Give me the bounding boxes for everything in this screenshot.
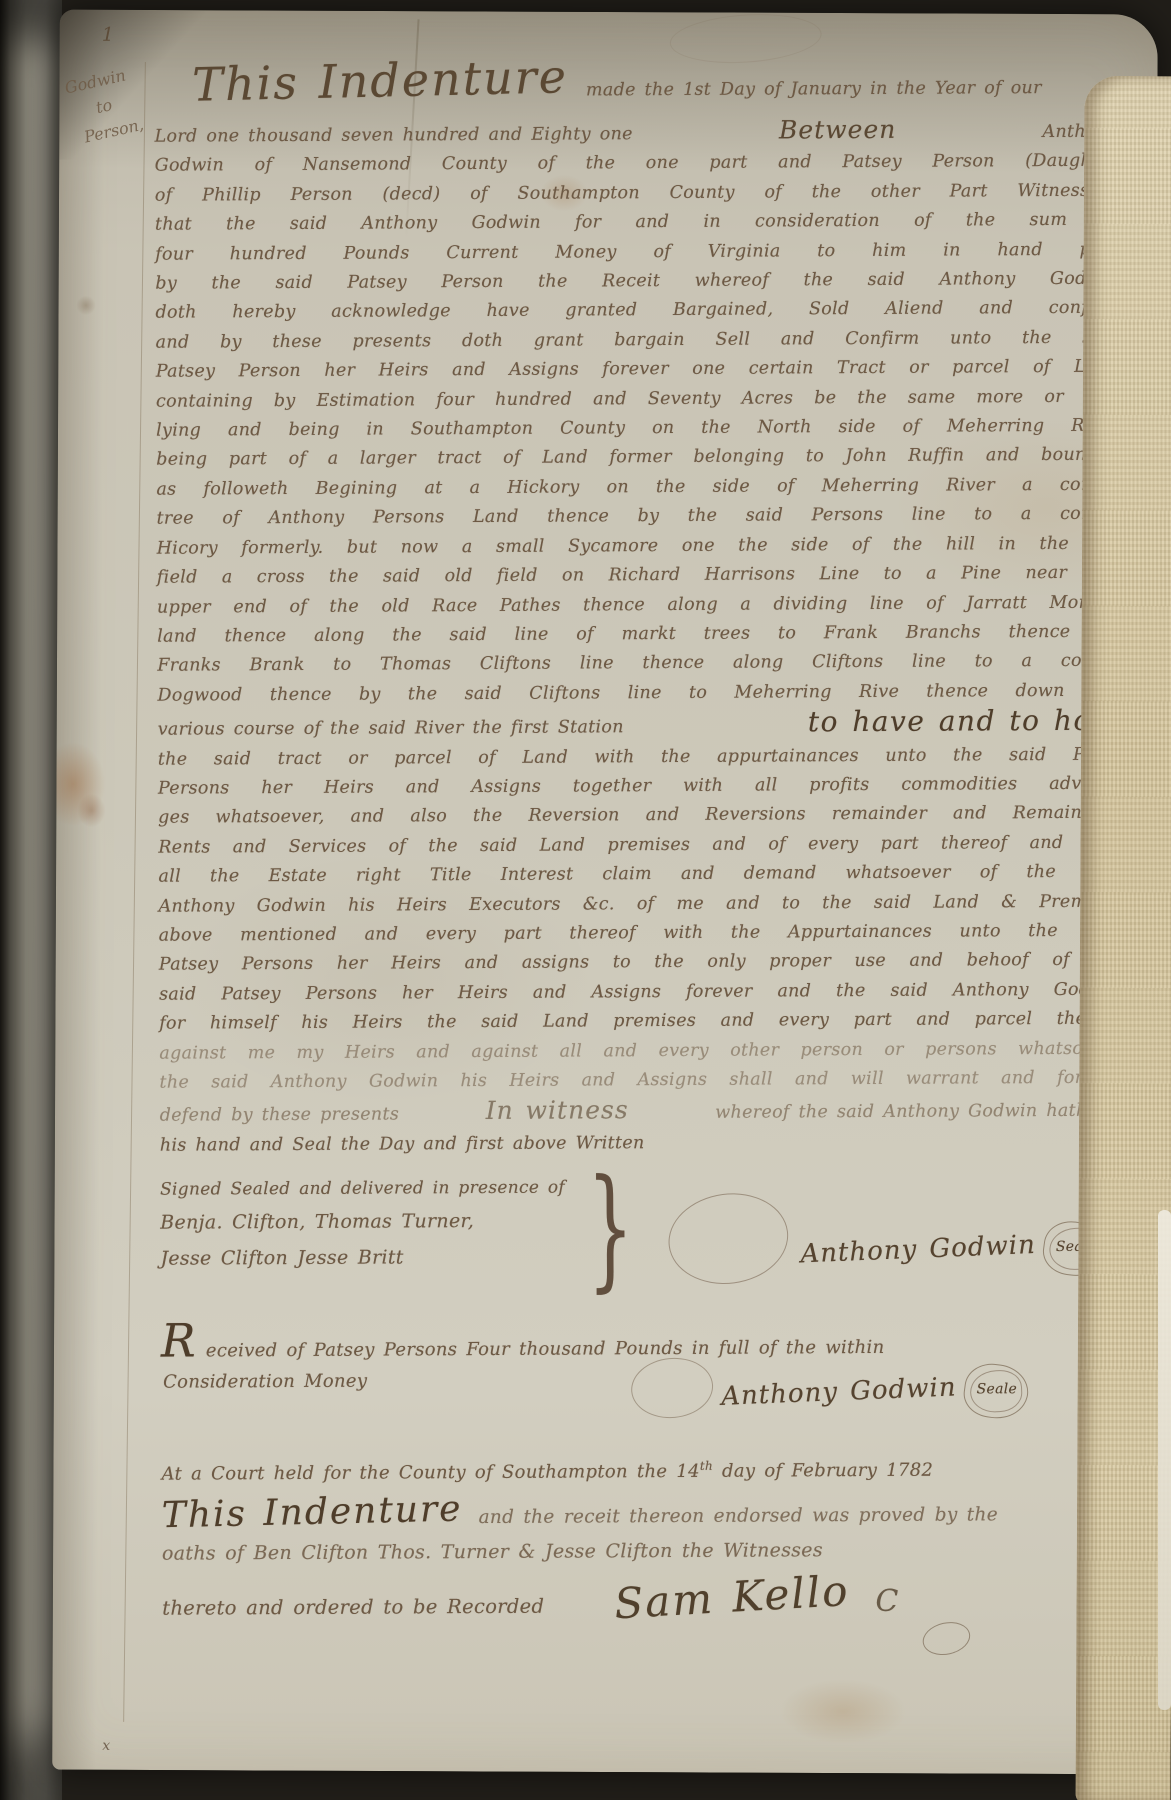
clerk-flourish: C bbox=[875, 1584, 898, 1619]
line-segment: Lord one thousand seven hundred and Eigh… bbox=[154, 120, 632, 152]
line-segment: and the receit thereon endorsed was prov… bbox=[478, 1505, 998, 1529]
margin-check-mark: x bbox=[102, 1738, 110, 1754]
signature-flourish-ellipse bbox=[629, 1355, 716, 1422]
court-record-block: At a Court held for the County of Southa… bbox=[161, 1448, 1126, 1625]
manuscript-page: 1 Godwin to Person, x This Indenture mad… bbox=[52, 10, 1158, 1775]
court-record-line: At a Court held for the County of Southa… bbox=[161, 1448, 1125, 1491]
seal-label: Seale bbox=[977, 1381, 1018, 1397]
court-record-line: This Indenture and the receit thereon en… bbox=[162, 1488, 1126, 1534]
court-record-line: thereto and ordered to be Recorded Sam K… bbox=[162, 1571, 1126, 1625]
line-segment: day of February 1782 bbox=[713, 1460, 933, 1482]
signature-name: Anthony Godwin bbox=[721, 1373, 957, 1412]
ordinal-suffix: th bbox=[700, 1459, 713, 1473]
this-indenture-emphasis: This Indenture bbox=[161, 1489, 463, 1537]
in-witness-emphasis: In witness bbox=[486, 1096, 629, 1126]
folio-number: 1 bbox=[102, 24, 114, 46]
attestation-block: Signed Sealed and delivered in presence … bbox=[160, 1170, 1125, 1305]
receipt-text: eceived of Patsey Persons Four thousand … bbox=[206, 1337, 885, 1362]
deed-body-upper: Godwin of Nansemond County of the one pa… bbox=[155, 147, 1122, 711]
line-segment: At a Court held for the County of Southa… bbox=[162, 1461, 700, 1485]
deed-opening-line: This Indenture made the 1st Day of Janua… bbox=[154, 50, 1118, 109]
manuscript-line: tree of Anthony Persons Land thence by t… bbox=[156, 500, 1120, 534]
line-segment: defend by these presents bbox=[160, 1101, 400, 1132]
page-edge-highlight bbox=[1158, 1210, 1171, 1710]
manuscript-line: Patsey Person her Heirs and Assigns fore… bbox=[156, 353, 1120, 387]
opening-rest: made the 1st Day of January in the Year … bbox=[586, 74, 1118, 106]
clerk-signature: Sam Kello bbox=[613, 1566, 851, 1628]
line-segment: various course of the said River the fir… bbox=[158, 713, 624, 745]
book-cloth-fore-edge bbox=[1075, 76, 1171, 1800]
deed-closing-line: his hand and Seal the Day and first abov… bbox=[160, 1126, 1124, 1160]
line-segment: whereof the said Anthony Godwin hath set bbox=[715, 1097, 1124, 1129]
deed-body-lower: the said tract or parcel of Land with th… bbox=[158, 740, 1124, 1098]
opening-words: This Indenture bbox=[192, 49, 569, 112]
manuscript-line: Godwin of Nansemond County of the one pa… bbox=[155, 147, 1119, 181]
manuscript-line: Patsey Persons her Heirs and assigns to … bbox=[159, 946, 1123, 980]
grantor-signature: Anthony Godwin Seal bbox=[800, 1222, 1108, 1278]
photograph-of-deed-page: 1 Godwin to Person, x This Indenture mad… bbox=[0, 0, 1171, 1800]
manuscript-line: all the Estate right Title Interest clai… bbox=[158, 858, 1122, 892]
line-segment: thereto and ordered to be Recorded bbox=[162, 1595, 544, 1620]
habendum-emphasis: to have and to hold bbox=[808, 706, 1122, 737]
margin-rule-line bbox=[123, 62, 146, 1722]
attestation-brace: } bbox=[587, 1168, 634, 1288]
manuscript-line: ges whatsoever, and also the Reversion a… bbox=[158, 799, 1122, 833]
between-emphasis: Between bbox=[779, 115, 896, 145]
deed-line-witness: defend by these presents In witness wher… bbox=[160, 1093, 1124, 1131]
receipt-block: R eceived of Patsey Persons Four thousan… bbox=[161, 1316, 1126, 1439]
receipt-initial-capital: R bbox=[161, 1321, 196, 1361]
manuscript-line: field a cross the said old field on Rich… bbox=[157, 559, 1121, 593]
manuscript-line: Franks Brank to Thomas Cliftons line the… bbox=[157, 647, 1121, 681]
manuscript-line: that the said Anthony Godwin for and in … bbox=[155, 206, 1119, 240]
clerk-paraph-loop bbox=[920, 1618, 974, 1659]
receipt-signature: Anthony Godwin Seale bbox=[721, 1364, 1029, 1420]
signature-name: Anthony Godwin bbox=[800, 1230, 1036, 1269]
deed-line-habendum: various course of the said River the fir… bbox=[158, 706, 1122, 745]
deed-line-between: Lord one thousand seven hundred and Eigh… bbox=[154, 114, 1118, 152]
receipt-line: R eceived of Patsey Persons Four thousan… bbox=[161, 1316, 1125, 1362]
court-record-line: oaths of Ben Clifton Thos. Turner & Jess… bbox=[162, 1529, 1126, 1574]
manuscript-line: doth hereby acknowledge have granted Bar… bbox=[155, 294, 1119, 328]
deed-text-column: This Indenture made the 1st Day of Janua… bbox=[154, 50, 1126, 1625]
wax-seal-scribble: Seale bbox=[964, 1364, 1028, 1418]
